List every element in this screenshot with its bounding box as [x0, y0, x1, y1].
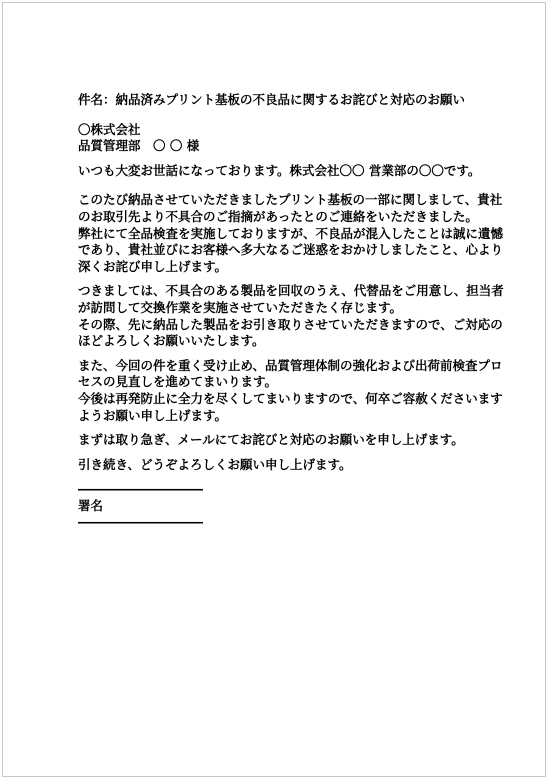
paragraph-line: 今後は再発防止に全力を尽くしてまいりますので、何卒ご容赦くださいます	[78, 391, 508, 408]
document-page: 件名：納品済みプリント基板の不良品に関するお詫びと対応のお願い 〇株式会社 品質…	[2, 2, 546, 777]
paragraph-line: ようお願い申し上げます。	[78, 408, 508, 425]
paragraph-line: 引き続き、どうぞよろしくお願い申し上げます。	[78, 457, 508, 474]
paragraph: 引き続き、どうぞよろしくお願い申し上げます。	[78, 457, 508, 474]
paragraph-line: ほどよろしくお願いいたします。	[78, 333, 508, 350]
signature-label: 署名	[78, 498, 508, 515]
signature-divider-bottom: ――――――――――	[78, 514, 508, 531]
paragraph-line: つきましては、不具合のある製品を回収のうえ、代替品をご用意し、担当者	[78, 283, 508, 300]
paragraph-line: 深くお詫び申し上げます。	[78, 259, 508, 276]
signature-divider-top: ――――――――――	[78, 481, 508, 498]
signature-block: ―――――――――― 署名 ――――――――――	[78, 481, 508, 531]
body-paragraphs: このたび納品させていただきましたプリント基板の一部に関しまして、貴社のお取引先よ…	[78, 192, 508, 473]
paragraph-line: セスの見直しを進めてまいります。	[78, 374, 508, 391]
paragraph-line: であり、貴社並びにお客様へ多大なるご迷惑をおかけしましたこと、心より	[78, 242, 508, 259]
recipient-block: 〇株式会社 品質管理部 〇 〇 様	[78, 122, 508, 155]
greeting-line: いつも大変お世話になっております。株式会社〇〇 営業部の〇〇です。	[78, 163, 508, 180]
paragraph-line: のお取引先より不具合のご指摘があったとのご連絡をいただきました。	[78, 209, 508, 226]
paragraph-line: また、今回の件を重く受け止め、品質管理体制の強化および出荷前検査プロ	[78, 358, 508, 375]
recipient-contact: 品質管理部 〇 〇 様	[78, 138, 508, 155]
paragraph-line: 弊社にて全品検査を実施しておりますが、不良品が混入したことは誠に遺憾	[78, 226, 508, 243]
paragraph: つきましては、不具合のある製品を回収のうえ、代替品をご用意し、担当者が訪問して交…	[78, 283, 508, 349]
paragraph-line: が訪問して交換作業を実施させていただきたく存じます。	[78, 300, 508, 317]
letter-content: 件名：納品済みプリント基板の不良品に関するお詫びと対応のお願い 〇株式会社 品質…	[78, 92, 508, 539]
paragraph-line: まずは取り急ぎ、メールにてお詫びと対応のお願いを申し上げます。	[78, 432, 508, 449]
paragraph: まずは取り急ぎ、メールにてお詫びと対応のお願いを申し上げます。	[78, 432, 508, 449]
recipient-company: 〇株式会社	[78, 122, 508, 139]
subject-line: 件名：納品済みプリント基板の不良品に関するお詫びと対応のお願い	[78, 92, 508, 109]
paragraph: このたび納品させていただきましたプリント基板の一部に関しまして、貴社のお取引先よ…	[78, 192, 508, 275]
paragraph-line: このたび納品させていただきましたプリント基板の一部に関しまして、貴社	[78, 192, 508, 209]
paragraph-line: その際、先に納品した製品をお引き取りさせていただきますので、ご対応の	[78, 317, 508, 334]
paragraph: また、今回の件を重く受け止め、品質管理体制の強化および出荷前検査プロセスの見直し…	[78, 358, 508, 424]
